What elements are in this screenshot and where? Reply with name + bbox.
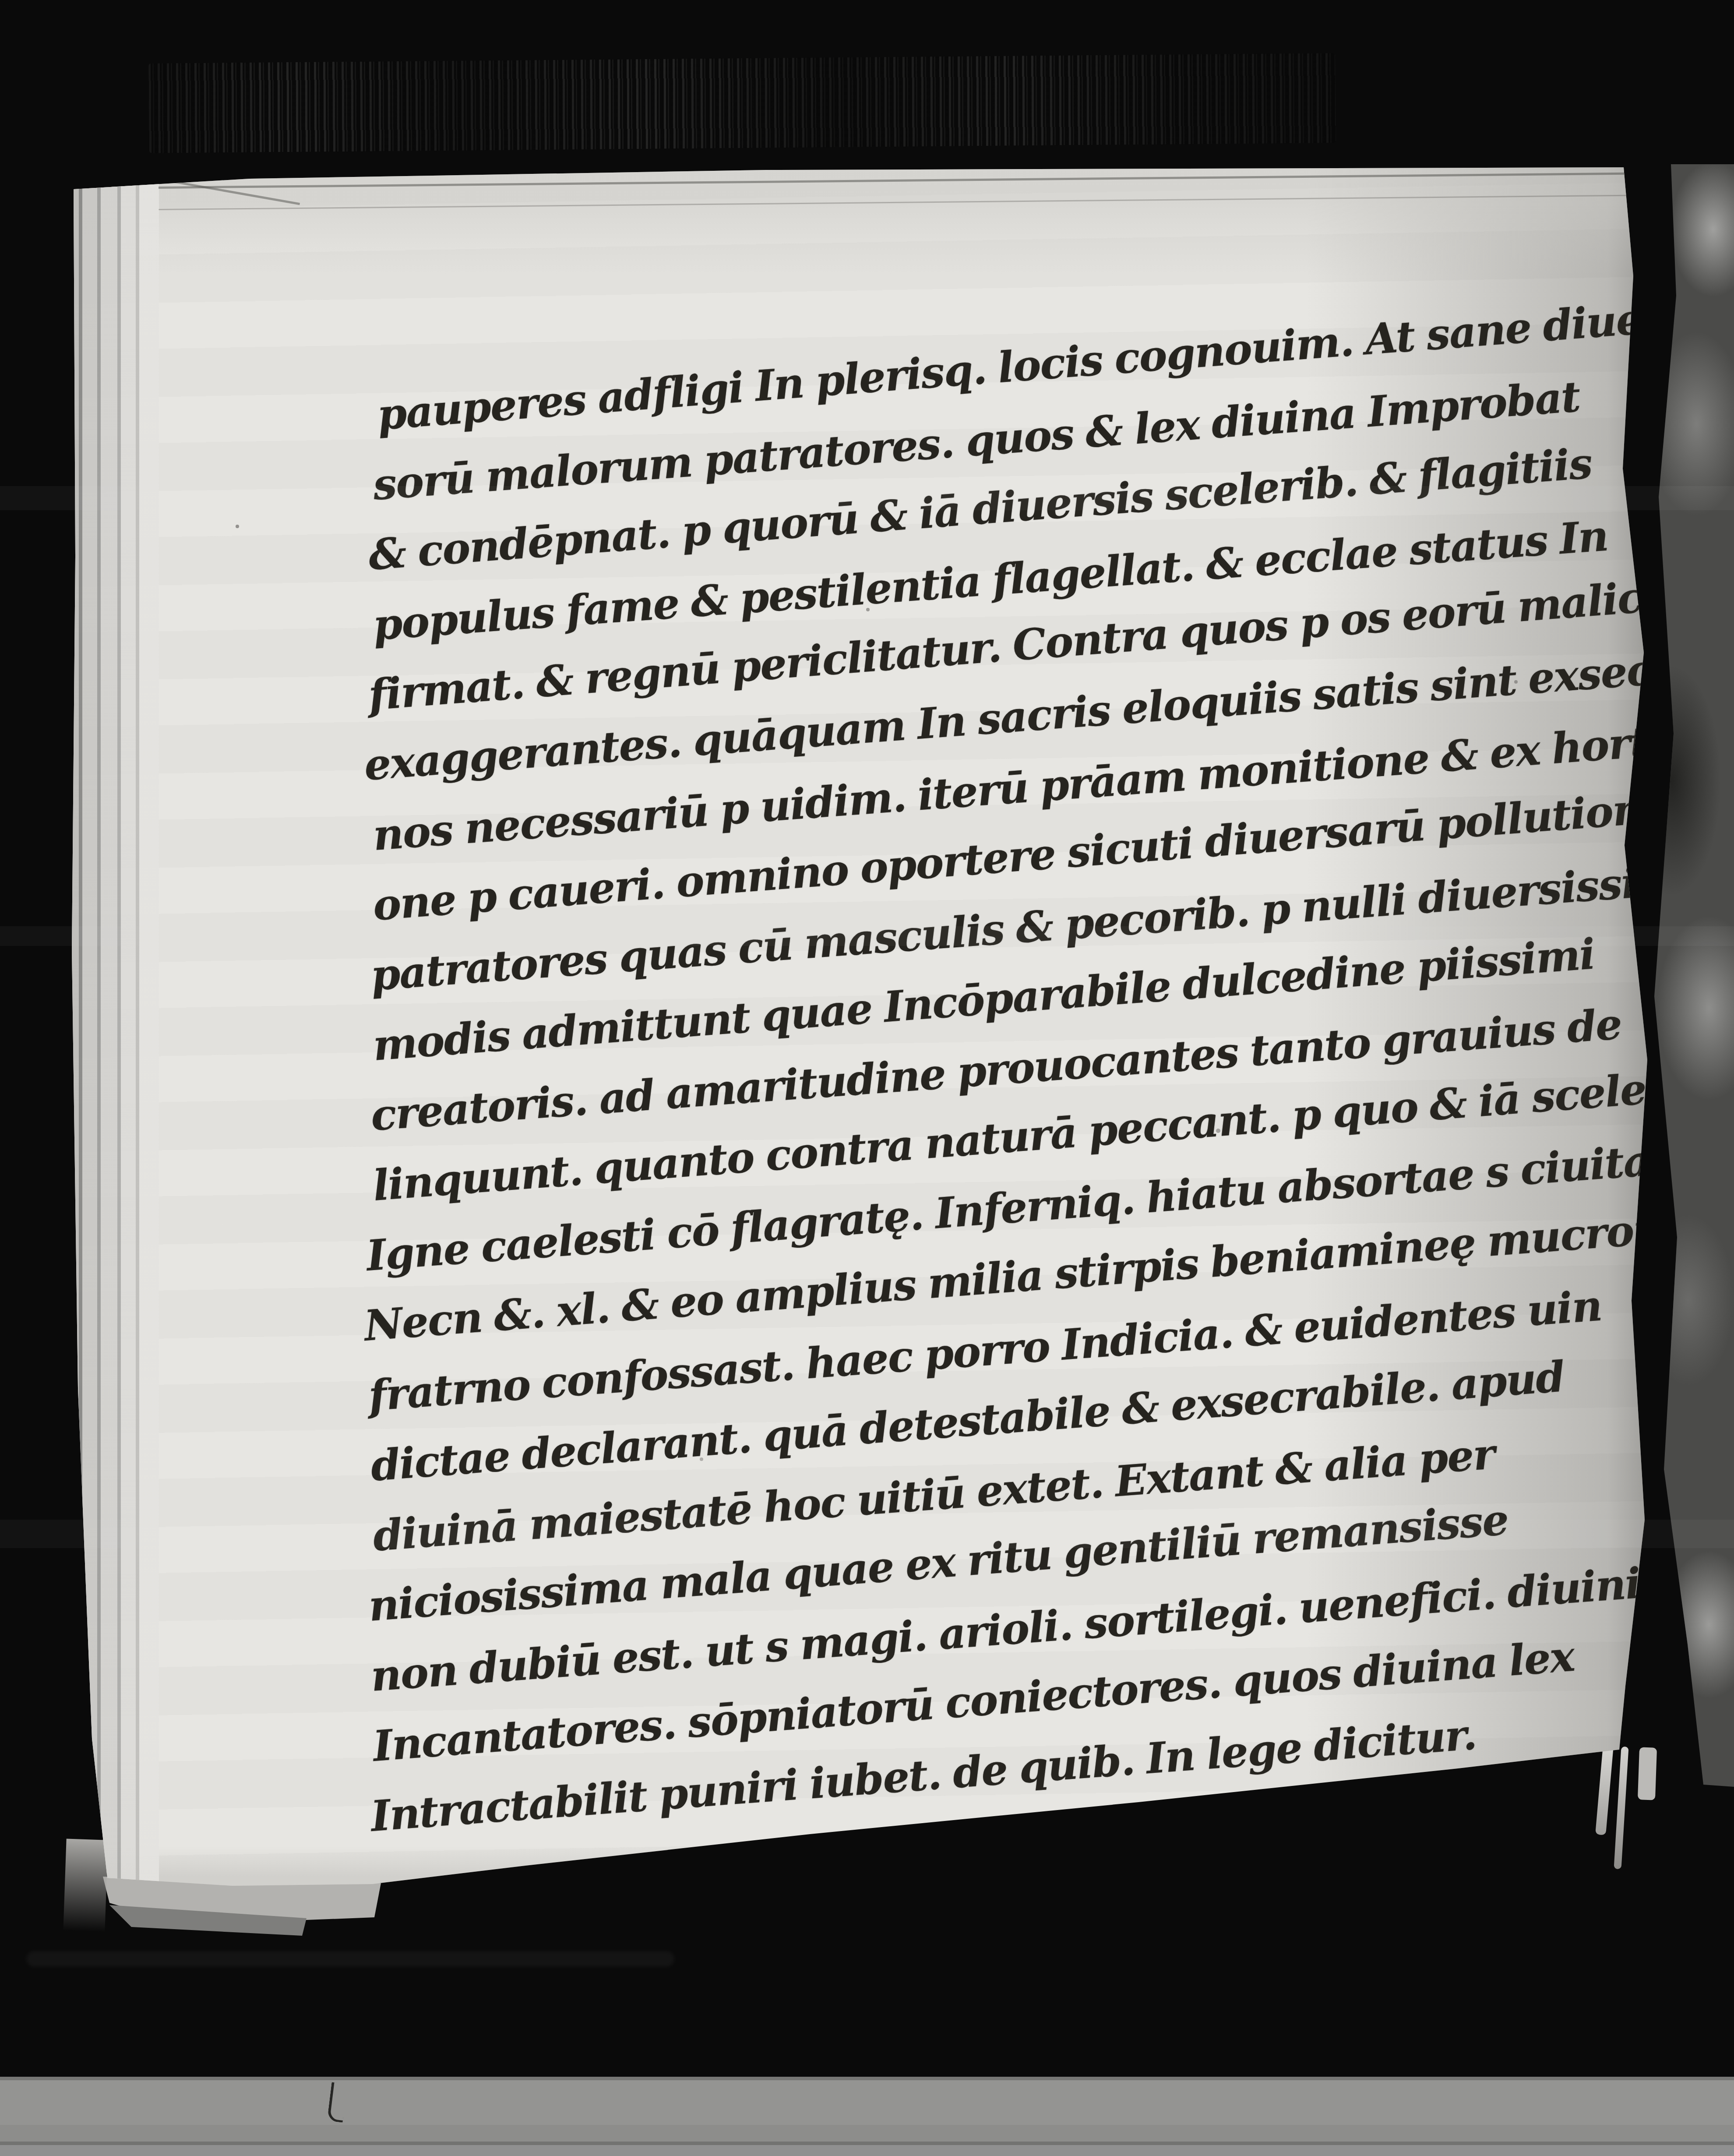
- gutter-page-edges: [69, 170, 159, 1895]
- under-page-edge: [0, 1874, 394, 1944]
- bookmark-ribbon: [1595, 1745, 1614, 1835]
- bookmark-ribbon: [1638, 1747, 1657, 1800]
- manuscript-photo: pauperes adfligi In plerisq. locis cogno…: [0, 0, 1734, 2156]
- scanner-bed-band: [0, 2077, 1734, 2156]
- curled-facing-page: [1651, 164, 1734, 1787]
- manuscript-page: pauperes adfligi In plerisq. locis cogno…: [66, 162, 1655, 1903]
- page-top-edge-line: [159, 172, 1643, 210]
- page-stack-fore-edge: [148, 53, 1336, 153]
- bookmark-ribbon: [1614, 1747, 1628, 1870]
- scan-streak: [26, 1951, 674, 1967]
- ink-specks: [66, 162, 67, 164]
- book-block-foot-edge: [63, 1838, 108, 1932]
